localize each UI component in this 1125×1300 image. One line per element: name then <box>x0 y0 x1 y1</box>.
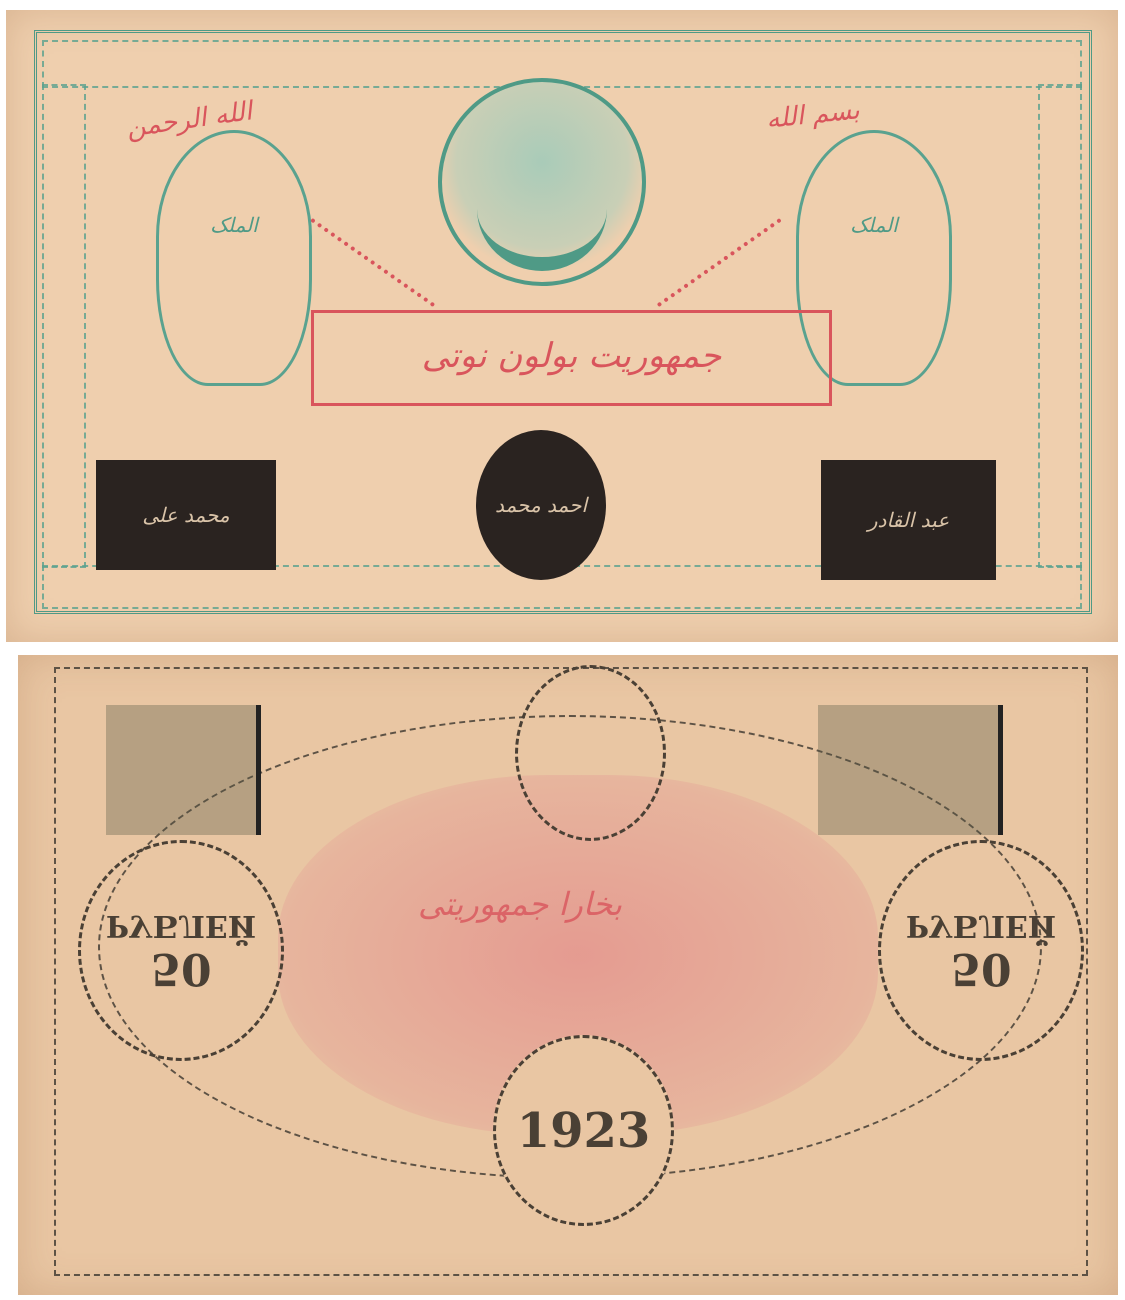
left-fret-band <box>42 84 86 568</box>
reverse-center-script: ﺑﺨﺎﺭﺍ ﺟﻤﻬﻮﺭﻳﺘﻰ <box>418 885 622 923</box>
right-value-medallion: РУБЛЕЙ 50 <box>878 840 1084 1061</box>
crescent-icon <box>477 147 607 271</box>
left-seal-showthrough <box>106 705 261 835</box>
center-title-script: ﺟﻤﻬﻮﺭﻳﺖ ﺑﻮﻟﻮﻥ ﻧﻮﺗﻰ <box>314 313 829 399</box>
crescent-emblem <box>438 78 646 286</box>
year-medallion: 1923 <box>493 1035 674 1226</box>
left-vase-ornament: ﺍﻟﻤﻠﮏ <box>156 130 312 386</box>
left-value-medallion: РУБЛЕЙ 50 <box>78 840 284 1061</box>
seal-right: ﻋﺒﺪ ﺍﻟﻘﺎﺩﺭ <box>821 460 996 580</box>
top-medallion <box>515 665 666 841</box>
year-text: 1923 <box>517 1103 651 1159</box>
center-title-box: ﺟﻤﻬﻮﺭﻳﺖ ﺑﻮﻟﻮﻥ ﻧﻮﺗﻰ <box>311 310 832 406</box>
right-seal-showthrough <box>818 705 1003 835</box>
seal-left: ﻣﺤﻤﺪ ﻋﻠﻰ <box>96 460 276 570</box>
right-fret-band <box>1038 84 1082 568</box>
seal-center: ﺍﺣﻤﺪ ﻣﺤﻤﺪ <box>476 430 606 580</box>
banknote-back: ﺑﺨﺎﺭﺍ ﺟﻤﻬﻮﺭﻳﺘﻰ РУБЛЕЙ 50 РУБЛЕЙ 50 1923 <box>18 655 1118 1295</box>
banknote-front: ﺍﻟﻠﻪ ﺍﻟﺮﺣﻤﻦ ﺑﺴﻢ ﺍﻟﻠﻪ ﺍﻟﻤﻠﮏ ﺍﻟﻤﻠﮏ ﺟﻤﻬﻮﺭﻳﺖ… <box>6 10 1118 642</box>
